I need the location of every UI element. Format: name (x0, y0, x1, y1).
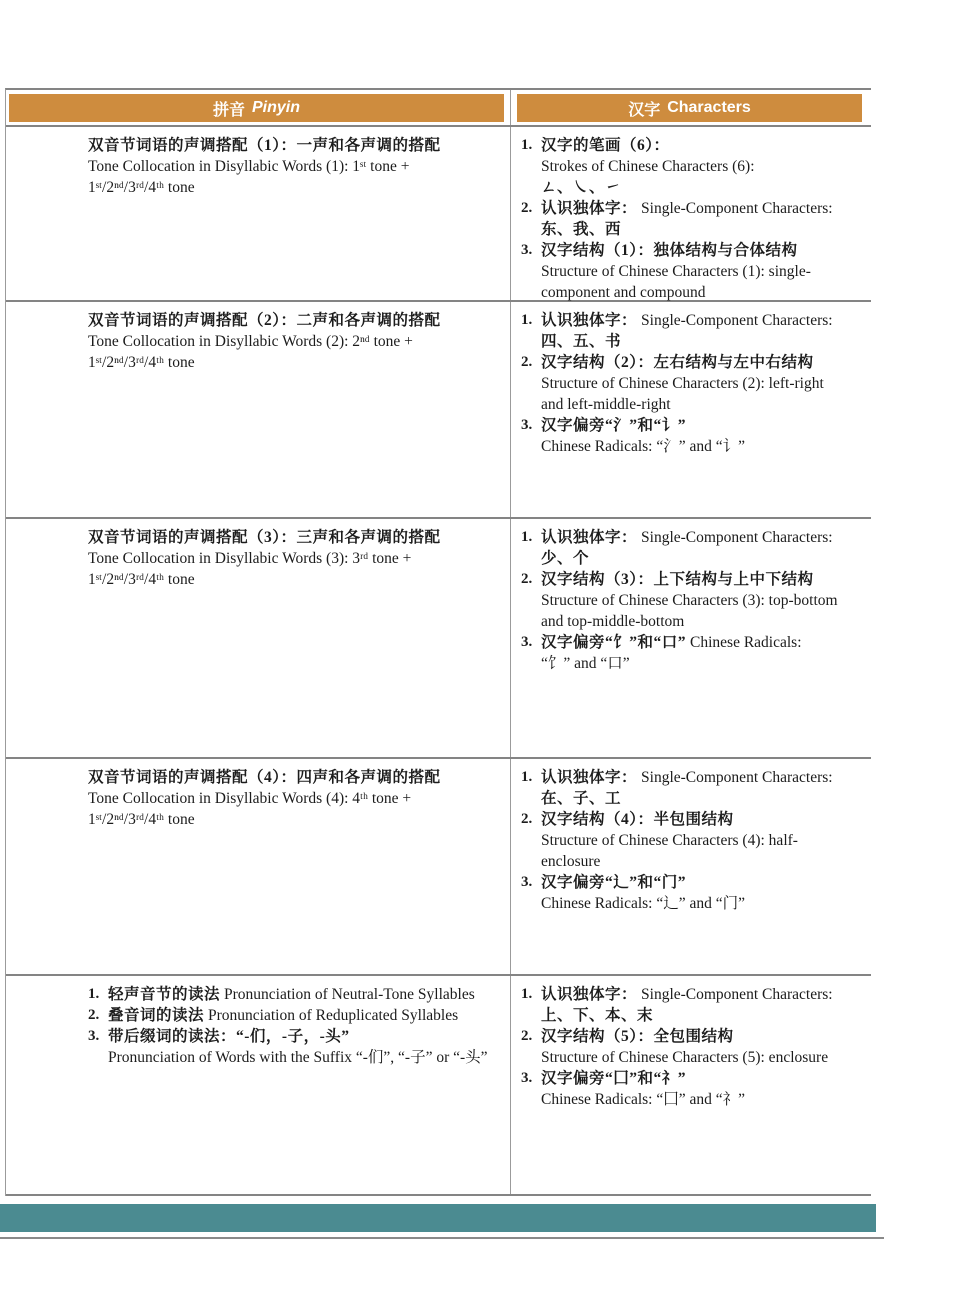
chinese-text: 汉字结构（1）：独体结构与合体结构 (541, 242, 798, 259)
text-line: 汉字偏旁“氵”和“讠” (541, 415, 859, 436)
curriculum-table: 拼音 Pinyin 汉字 Characters 双音节词语的声调搭配（1）：一声… (5, 88, 871, 1196)
text-line: 1ˢᵗ/2ⁿᵈ/3ʳᵈ/4ᵗʰ tone (88, 177, 500, 198)
text-line: enclosure (541, 851, 859, 872)
english-text: Structure of Chinese Characters (3): top… (541, 592, 838, 609)
topic-item: 3. 汉字偏旁“氵”和“讠” Chinese Radicals: “氵” and… (521, 415, 859, 457)
item-number: 3. (521, 415, 541, 457)
chinese-text: 认识独体字： (541, 986, 637, 1003)
text-line: 汉字偏旁“辶”和“门” (541, 872, 859, 893)
text-line: 东、我、西 (541, 219, 859, 240)
chinese-text: 汉字结构（5）：全包围结构 (541, 1028, 734, 1045)
text-line: 汉字偏旁“囗”和“礻” (541, 1068, 859, 1089)
item-number: 2. (521, 1026, 541, 1068)
table-row: 双音节词语的声调搭配（1）：一声和各声调的搭配 Tone Collocation… (6, 127, 871, 302)
item-number: 2. (521, 569, 541, 632)
text-line: Structure of Chinese Characters (4): hal… (541, 830, 859, 851)
item-number: 3. (521, 1068, 541, 1110)
text-line: Tone Collocation in Disyllabic Words (4)… (88, 788, 500, 809)
pinyin-header-english: Pinyin (252, 99, 300, 117)
item-number: 2. (521, 352, 541, 415)
english-text: Structure of Chinese Characters (1): sin… (541, 263, 811, 280)
text-line: Chinese Radicals: “囗” and “礻” (541, 1089, 859, 1110)
chinese-text: 叠音词的读法 (108, 1007, 204, 1024)
chinese-text: 上、下、本、末 (541, 1007, 653, 1024)
topic-item: 3. 带后缀词的读法：“-们，-子，-头” Pronunciation of W… (88, 1026, 500, 1068)
text-line: “饣” and “口” (541, 653, 859, 674)
item-number: 1. (521, 310, 541, 352)
chinese-text: 少、个 (541, 550, 589, 567)
item-number: 1. (521, 135, 541, 198)
item-number: 3. (88, 1026, 108, 1068)
item-number: 2. (88, 1005, 108, 1026)
item-number: 1. (521, 527, 541, 569)
english-text: Single-Component Characters: (641, 200, 833, 217)
topic-item: 1. 轻声音节的读法 Pronunciation of Neutral-Tone… (88, 984, 500, 1005)
text-line: Tone Collocation in Disyllabic Words (3)… (88, 548, 500, 569)
text-line: ㄥ、㇏、㇀ (541, 177, 859, 198)
characters-cell: 1. 认识独体字： Single-Component Characters: 上… (511, 976, 871, 1194)
topic-item: 1. 汉字的笔画（6）： Strokes of Chinese Characte… (521, 135, 859, 198)
item-number: 3. (521, 872, 541, 914)
pinyin-cell: 双音节词语的声调搭配（1）：一声和各声调的搭配 Tone Collocation… (6, 127, 511, 300)
topic-item: 双音节词语的声调搭配（1）：一声和各声调的搭配 Tone Collocation… (88, 135, 500, 198)
text-line: 汉字结构（5）：全包围结构 (541, 1026, 859, 1047)
text-line: Tone Collocation in Disyllabic Words (2)… (88, 331, 500, 352)
table-row: 双音节词语的声调搭配（2）：二声和各声调的搭配 Tone Collocation… (6, 302, 871, 519)
text-line: 1ˢᵗ/2ⁿᵈ/3ʳᵈ/4ᵗʰ tone (88, 569, 500, 590)
text-line: 汉字的笔画（6）： (541, 135, 859, 156)
english-text: Pronunciation of Reduplicated Syllables (208, 1007, 458, 1024)
text-line: Tone Collocation in Disyllabic Words (1)… (88, 156, 500, 177)
text-line: 上、下、本、末 (541, 1005, 859, 1026)
pinyin-header-bar: 拼音 Pinyin (9, 94, 504, 122)
text-line: 1ˢᵗ/2ⁿᵈ/3ʳᵈ/4ᵗʰ tone (88, 352, 500, 373)
topic-item: 1. 认识独体字： Single-Component Characters: 四… (521, 310, 859, 352)
english-text: Single-Component Characters: (641, 769, 833, 786)
english-text: Structure of Chinese Characters (4): hal… (541, 832, 798, 849)
text-line: 汉字结构（2）：左右结构与左中右结构 (541, 352, 859, 373)
text-line: Chinese Radicals: “辶” and “门” (541, 893, 859, 914)
footer-divider-line (0, 1237, 884, 1239)
chinese-text: 双音节词语的声调搭配（4）：四声和各声调的搭配 (88, 769, 441, 786)
text-line: 少、个 (541, 548, 859, 569)
english-text: 1ˢᵗ/2ⁿᵈ/3ʳᵈ/4ᵗʰ tone (88, 179, 195, 196)
english-text: Chinese Radicals: “氵” and “讠” (541, 438, 745, 455)
english-text: component and compound (541, 284, 705, 301)
text-line: 双音节词语的声调搭配（2）：二声和各声调的搭配 (88, 310, 500, 331)
chinese-text: 汉字的笔画（6）： (541, 137, 670, 154)
chinese-text: 双音节词语的声调搭配（1）：一声和各声调的搭配 (88, 137, 441, 154)
topic-item: 双音节词语的声调搭配（3）：三声和各声调的搭配 Tone Collocation… (88, 527, 500, 590)
characters-cell: 1. 汉字的笔画（6）： Strokes of Chinese Characte… (511, 127, 871, 300)
pinyin-cell: 1. 轻声音节的读法 Pronunciation of Neutral-Tone… (6, 976, 511, 1194)
text-line: 1ˢᵗ/2ⁿᵈ/3ʳᵈ/4ᵗʰ tone (88, 809, 500, 830)
item-number: 3. (521, 632, 541, 674)
item-number: 1. (521, 984, 541, 1026)
chinese-text: 认识独体字： (541, 312, 637, 329)
text-line: 汉字结构（4）：半包围结构 (541, 809, 859, 830)
footer-accent-bar (0, 1204, 876, 1232)
text-line: 轻声音节的读法 Pronunciation of Neutral-Tone Sy… (108, 984, 500, 1005)
characters-header-english: Characters (667, 99, 751, 117)
text-line: Pronunciation of Words with the Suffix “… (108, 1047, 500, 1068)
english-text: Pronunciation of Neutral-Tone Syllables (224, 986, 475, 1003)
characters-header-chinese: 汉字 (628, 97, 660, 120)
chinese-text: 汉字结构（3）：上下结构与上中下结构 (541, 571, 814, 588)
chinese-text: 在、子、工 (541, 790, 621, 807)
english-text: Chinese Radicals: “辶” and “门” (541, 895, 745, 912)
pinyin-cell: 双音节词语的声调搭配（3）：三声和各声调的搭配 Tone Collocation… (6, 519, 511, 757)
topic-item: 2. 汉字结构（5）：全包围结构 Structure of Chinese Ch… (521, 1026, 859, 1068)
text-line: Structure of Chinese Characters (5): enc… (541, 1047, 859, 1068)
pinyin-header-chinese: 拼音 (213, 97, 245, 120)
english-text: and left-middle-right (541, 396, 671, 413)
text-line: 认识独体字： Single-Component Characters: (541, 984, 859, 1005)
chinese-text: 汉字偏旁“辶”和“门” (541, 874, 686, 891)
topic-item: 3. 汉字偏旁“辶”和“门” Chinese Radicals: “辶” and… (521, 872, 859, 914)
text-line: 双音节词语的声调搭配（4）：四声和各声调的搭配 (88, 767, 500, 788)
item-number: 2. (521, 809, 541, 872)
chinese-text: 汉字偏旁“饣”和“口” (541, 634, 686, 651)
chinese-text: 四、五、书 (541, 333, 621, 350)
text-line: 认识独体字： Single-Component Characters: (541, 527, 859, 548)
characters-header-bar: 汉字 Characters (517, 94, 862, 122)
english-text: “饣” and “口” (541, 655, 630, 672)
topic-item: 3. 汉字偏旁“饣”和“口” Chinese Radicals: “饣” and… (521, 632, 859, 674)
pinyin-cell: 双音节词语的声调搭配（4）：四声和各声调的搭配 Tone Collocation… (6, 759, 511, 974)
chinese-text: 带后缀词的读法：“-们，-子，-头” (108, 1028, 350, 1045)
column-header-characters: 汉字 Characters (511, 90, 871, 125)
english-text: Pronunciation of Words with the Suffix “… (108, 1049, 488, 1066)
topic-item: 2. 汉字结构（3）：上下结构与上中下结构 Structure of Chine… (521, 569, 859, 632)
text-line: Structure of Chinese Characters (1): sin… (541, 261, 859, 282)
text-line: 叠音词的读法 Pronunciation of Reduplicated Syl… (108, 1005, 500, 1026)
topic-item: 3. 汉字偏旁“囗”和“礻” Chinese Radicals: “囗” and… (521, 1068, 859, 1110)
text-line: Structure of Chinese Characters (2): lef… (541, 373, 859, 394)
text-line: Chinese Radicals: “氵” and “讠” (541, 436, 859, 457)
chinese-text: 汉字偏旁“囗”和“礻” (541, 1070, 686, 1087)
english-text: Tone Collocation in Disyllabic Words (4)… (88, 790, 411, 807)
text-line: 认识独体字： Single-Component Characters: (541, 310, 859, 331)
text-line: 双音节词语的声调搭配（1）：一声和各声调的搭配 (88, 135, 500, 156)
table-row: 1. 轻声音节的读法 Pronunciation of Neutral-Tone… (6, 976, 871, 1196)
characters-cell: 1. 认识独体字： Single-Component Characters: 少… (511, 519, 871, 757)
text-line: and left-middle-right (541, 394, 859, 415)
english-text: Tone Collocation in Disyllabic Words (3)… (88, 550, 411, 567)
english-text: Chinese Radicals: (690, 634, 802, 651)
topic-item: 双音节词语的声调搭配（4）：四声和各声调的搭配 Tone Collocation… (88, 767, 500, 830)
chinese-text: 东、我、西 (541, 221, 621, 238)
chinese-text: 认识独体字： (541, 200, 637, 217)
topic-item: 双音节词语的声调搭配（2）：二声和各声调的搭配 Tone Collocation… (88, 310, 500, 373)
text-line: 双音节词语的声调搭配（3）：三声和各声调的搭配 (88, 527, 500, 548)
text-line: 汉字偏旁“饣”和“口” Chinese Radicals: (541, 632, 859, 653)
text-line: 汉字结构（1）：独体结构与合体结构 (541, 240, 859, 261)
english-text: 1ˢᵗ/2ⁿᵈ/3ʳᵈ/4ᵗʰ tone (88, 571, 195, 588)
topic-item: 3. 汉字结构（1）：独体结构与合体结构 Structure of Chines… (521, 240, 859, 303)
topic-item: 1. 认识独体字： Single-Component Characters: 少… (521, 527, 859, 569)
chinese-text: 认识独体字： (541, 529, 637, 546)
text-line: 在、子、工 (541, 788, 859, 809)
text-line: 带后缀词的读法：“-们，-子，-头” (108, 1026, 500, 1047)
english-text: Tone Collocation in Disyllabic Words (2)… (88, 333, 413, 350)
text-line: Strokes of Chinese Characters (6): (541, 156, 859, 177)
table-row: 双音节词语的声调搭配（3）：三声和各声调的搭配 Tone Collocation… (6, 519, 871, 759)
topic-item: 2. 认识独体字： Single-Component Characters: 东… (521, 198, 859, 240)
chinese-text: 认识独体字： (541, 769, 637, 786)
english-text: Structure of Chinese Characters (5): enc… (541, 1049, 828, 1066)
item-number: 1. (521, 767, 541, 809)
table-row: 双音节词语的声调搭配（4）：四声和各声调的搭配 Tone Collocation… (6, 759, 871, 976)
text-line: Structure of Chinese Characters (3): top… (541, 590, 859, 611)
item-number: 3. (521, 240, 541, 303)
table-header-row: 拼音 Pinyin 汉字 Characters (6, 90, 871, 127)
chinese-text: 双音节词语的声调搭配（3）：三声和各声调的搭配 (88, 529, 441, 546)
text-line: and top-middle-bottom (541, 611, 859, 632)
english-text: Strokes of Chinese Characters (6): (541, 158, 755, 175)
text-line: 认识独体字： Single-Component Characters: (541, 198, 859, 219)
english-text: 1ˢᵗ/2ⁿᵈ/3ʳᵈ/4ᵗʰ tone (88, 354, 195, 371)
text-line: 汉字结构（3）：上下结构与上中下结构 (541, 569, 859, 590)
chinese-text: 汉字结构（2）：左右结构与左中右结构 (541, 354, 814, 371)
column-header-pinyin: 拼音 Pinyin (6, 90, 511, 125)
english-text: Tone Collocation in Disyllabic Words (1)… (88, 158, 409, 175)
english-text: Single-Component Characters: (641, 312, 833, 329)
chinese-text: 轻声音节的读法 (108, 986, 220, 1003)
text-line: component and compound (541, 282, 859, 303)
topic-item: 1. 认识独体字： Single-Component Characters: 上… (521, 984, 859, 1026)
chinese-text: 双音节词语的声调搭配（2）：二声和各声调的搭配 (88, 312, 441, 329)
english-text: Chinese Radicals: “囗” and “礻” (541, 1091, 745, 1108)
topic-item: 2. 叠音词的读法 Pronunciation of Reduplicated … (88, 1005, 500, 1026)
text-line: 认识独体字： Single-Component Characters: (541, 767, 859, 788)
text-line: 四、五、书 (541, 331, 859, 352)
topic-item: 2. 汉字结构（4）：半包围结构 Structure of Chinese Ch… (521, 809, 859, 872)
characters-cell: 1. 认识独体字： Single-Component Characters: 四… (511, 302, 871, 517)
chinese-text: ㄥ、㇏、㇀ (541, 179, 621, 196)
chinese-text: 汉字偏旁“氵”和“讠” (541, 417, 686, 434)
english-text: and top-middle-bottom (541, 613, 684, 630)
english-text: enclosure (541, 853, 600, 870)
characters-cell: 1. 认识独体字： Single-Component Characters: 在… (511, 759, 871, 974)
topic-item: 2. 汉字结构（2）：左右结构与左中右结构 Structure of Chine… (521, 352, 859, 415)
english-text: Single-Component Characters: (641, 986, 833, 1003)
topic-item: 1. 认识独体字： Single-Component Characters: 在… (521, 767, 859, 809)
chinese-text: 汉字结构（4）：半包围结构 (541, 811, 734, 828)
english-text: Structure of Chinese Characters (2): lef… (541, 375, 824, 392)
english-text: 1ˢᵗ/2ⁿᵈ/3ʳᵈ/4ᵗʰ tone (88, 811, 195, 828)
pinyin-cell: 双音节词语的声调搭配（2）：二声和各声调的搭配 Tone Collocation… (6, 302, 511, 517)
english-text: Single-Component Characters: (641, 529, 833, 546)
item-number: 2. (521, 198, 541, 240)
item-number: 1. (88, 984, 108, 1005)
